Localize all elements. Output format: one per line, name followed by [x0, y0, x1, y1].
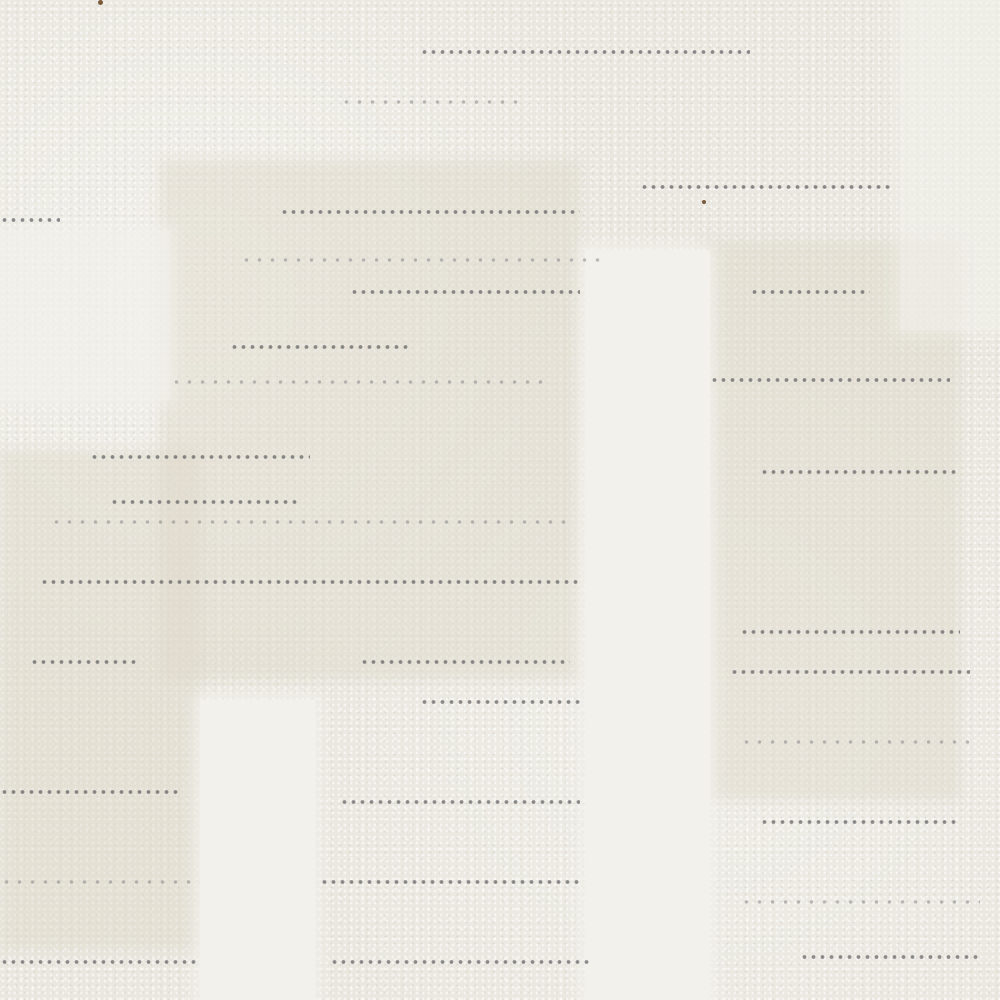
grey-speckle [420, 50, 750, 54]
ivory-band-left-upper [0, 230, 170, 400]
grey-speckle [340, 100, 520, 104]
ivory-band-center [585, 250, 710, 1000]
grey-speckle [30, 660, 140, 664]
grey-speckle [320, 880, 580, 884]
grey-speckle [0, 880, 200, 884]
beige-patch [160, 160, 580, 680]
grey-speckle [730, 670, 970, 674]
ivory-band-right [900, 0, 1000, 330]
brown-fleck [702, 200, 706, 204]
grey-speckle [110, 500, 300, 504]
grey-speckle [740, 630, 960, 634]
grey-speckle [40, 580, 580, 584]
grey-speckle [350, 290, 580, 294]
grey-speckle [240, 258, 600, 262]
grey-speckle [340, 800, 580, 804]
grey-speckle [90, 455, 310, 459]
grey-speckle [360, 660, 570, 664]
rug-texture [0, 0, 1000, 1000]
grey-speckle [420, 700, 580, 704]
grey-speckle [640, 185, 890, 189]
grey-speckle [170, 380, 550, 384]
grey-speckle [740, 900, 980, 904]
grey-speckle [750, 290, 870, 294]
grey-speckle [230, 345, 410, 349]
grey-speckle [0, 960, 200, 964]
grey-speckle [760, 820, 960, 824]
grey-speckle [50, 520, 570, 524]
grey-speckle [0, 218, 60, 222]
grey-speckle [740, 740, 970, 744]
beige-patch [0, 450, 200, 950]
ivory-band-left [200, 700, 315, 1000]
brown-fleck [98, 0, 103, 5]
grey-speckle [710, 378, 950, 382]
grey-speckle [800, 955, 980, 959]
grey-speckle [760, 470, 960, 474]
grey-speckle [0, 790, 180, 794]
grey-speckle [330, 960, 590, 964]
grey-speckle [280, 210, 580, 214]
